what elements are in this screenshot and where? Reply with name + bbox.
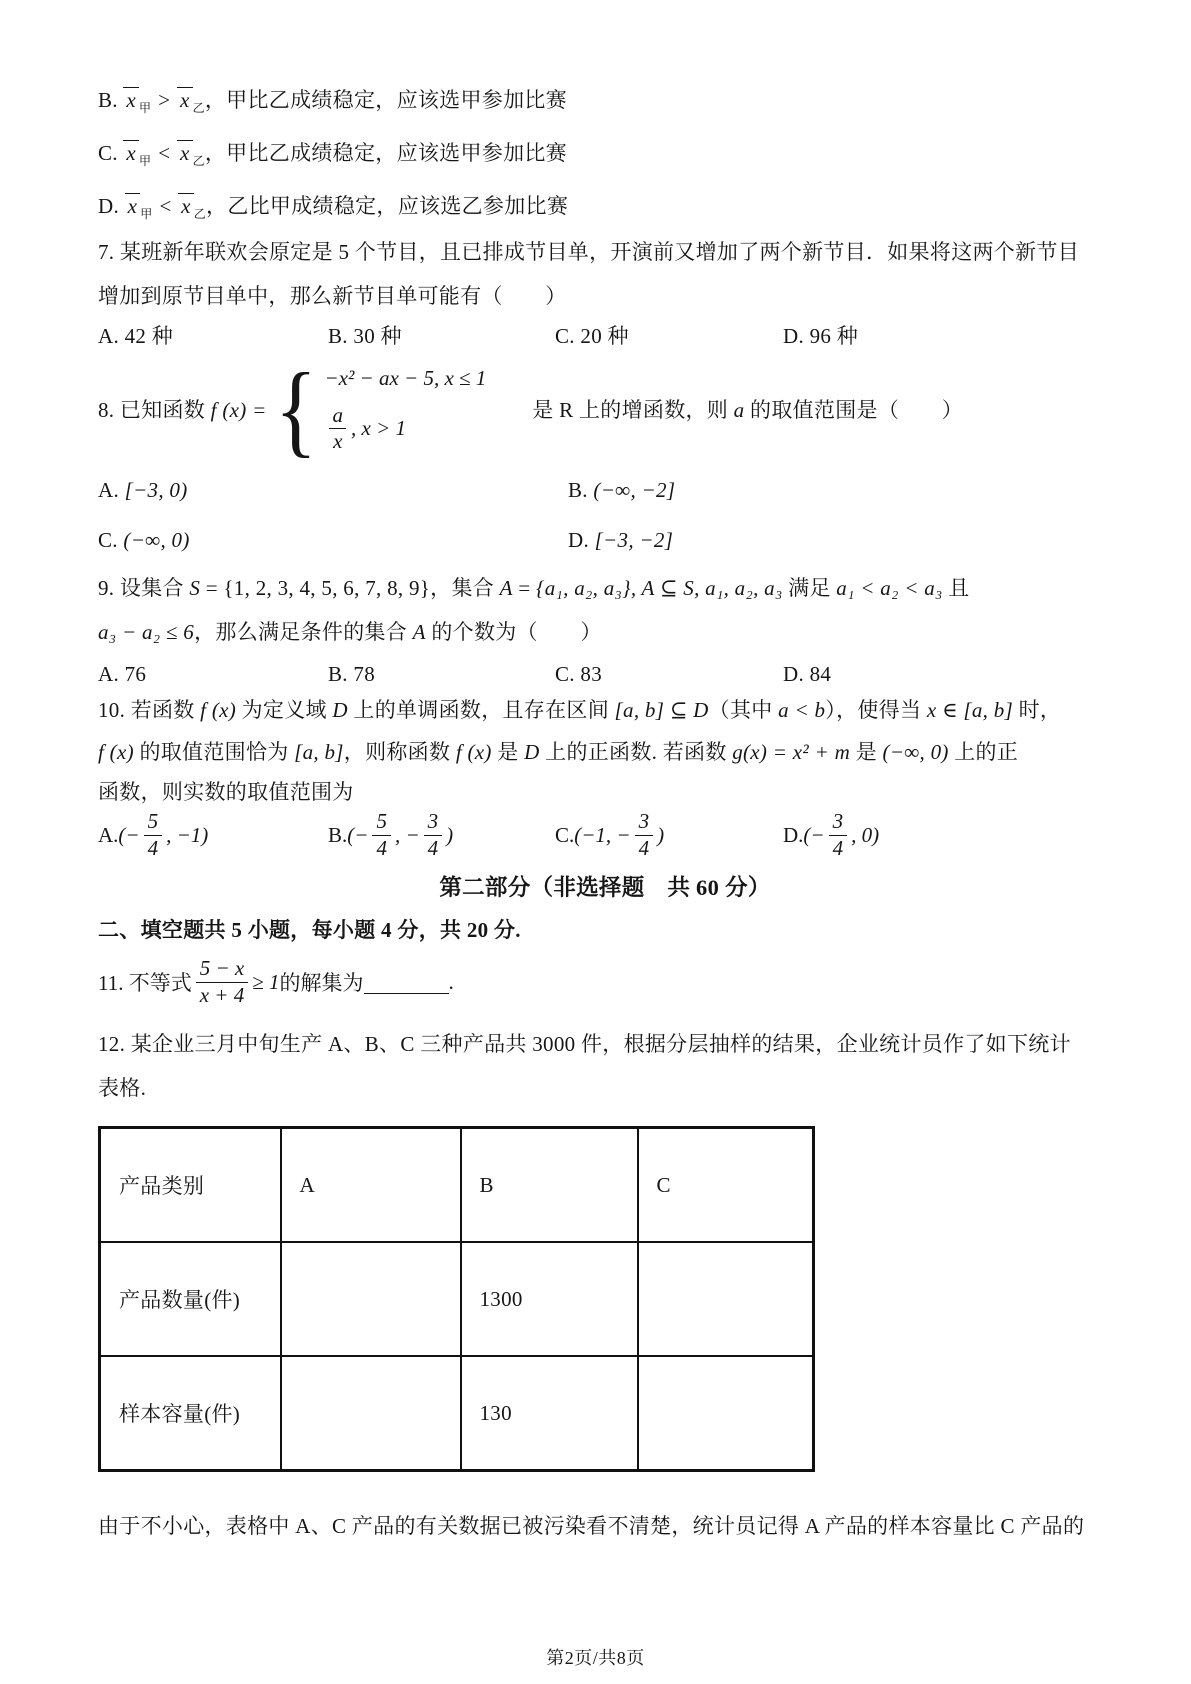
text-run: 时， (1013, 698, 1061, 722)
question-8-case-1: −x² − ax − 5, x ≤ 1 (325, 366, 487, 391)
variable-subscript: 甲 (139, 154, 151, 168)
text-run: 是 (492, 740, 524, 764)
math-run: [a, b] (294, 740, 344, 764)
fraction-denominator: 4 (635, 835, 654, 861)
question-10-option-c: C. (−1, −34) (555, 810, 783, 860)
text-run: B. (98, 88, 123, 112)
question-8-option-c: C. (−∞, 0) (98, 524, 568, 556)
question-7-line-1: 7. 某班新年联欢会原定是 5 个节目，且已排成节目单，开演前又增加了两个新节目… (98, 236, 1112, 268)
x-bar-variable: x乙 (178, 194, 206, 218)
answer-blank (364, 971, 449, 994)
text-run: = {1, 2, 3, 4, 5, 6, 7, 8, 9}，集合 (200, 576, 499, 600)
math-run: A (500, 576, 513, 600)
math-run: (− (118, 823, 139, 848)
text-run: A. (98, 478, 125, 502)
question-6-option-b: B. x甲 > x乙，甲比乙成绩稳定，应该选甲参加比赛 (98, 84, 1112, 116)
table-header-product-a: A (281, 1128, 461, 1243)
fraction-denominator: 4 (829, 835, 848, 861)
question-8-case-2: ax, x > 1 (325, 404, 487, 454)
math-run: > (151, 88, 177, 112)
fraction-denominator: 4 (424, 835, 443, 861)
fraction-denominator: x + 4 (196, 982, 249, 1008)
math-run: , 0) (851, 823, 879, 848)
text-run: 的解集为 (280, 967, 364, 997)
table-header-product-category: 产品类别 (100, 1128, 281, 1243)
overline-base: x (178, 193, 194, 217)
math-run: S (189, 576, 200, 600)
text-run: . (449, 970, 454, 995)
question-10-option-d: D. (−34, 0) (783, 810, 1112, 860)
math-run: −x² − ax − 5, x ≤ 1 (325, 366, 487, 390)
fraction-numerator: 5 (372, 810, 391, 835)
math-run: a < b (778, 698, 825, 722)
question-10-options: A. (−54, −1) B. (−54, −34) C. (−1, −34) … (98, 810, 1112, 860)
question-9-option-c: C. 83 (555, 658, 783, 690)
fraction-denominator: 4 (144, 835, 163, 861)
math-run: x ∈ [a, b] (927, 698, 1013, 722)
math-run: (−1, − (574, 823, 630, 848)
question-9-option-a: A. 76 (98, 658, 328, 690)
question-9-line-1: 9. 设集合 S = {1, 2, 3, 4, 5, 6, 7, 8, 9}，集… (98, 572, 1112, 604)
text-run: ），使得当 (825, 698, 927, 722)
table-cell-quantity-label: 产品数量(件) (100, 1242, 281, 1356)
text-run: 的取值范围是（ ） (744, 398, 963, 422)
question-10-option-b: B. (−54, −34) (328, 810, 555, 860)
x-bar-variable: x甲 (123, 141, 151, 165)
text-run: 上的单调函数，且存在区间 (348, 698, 615, 722)
overline-base: x (123, 140, 139, 164)
fraction: 34 (829, 810, 848, 860)
overline-base: x (177, 87, 193, 111)
math-run: (− (347, 823, 368, 848)
product-table: 产品类别 A B C 产品数量(件) 1300 样本容量(件) 130 (98, 1126, 815, 1472)
fraction-numerator: 3 (635, 810, 654, 835)
math-run: g(x) = x² + m (732, 740, 850, 764)
question-7-option-b: B. 30 种 (328, 320, 555, 352)
text-run: 是 (850, 740, 882, 764)
math-run: , − (395, 823, 420, 848)
text-run: B. (568, 478, 593, 502)
question-9-line-2: a₃ − a₂ ≤ 6，那么满足条件的集合 A 的个数为（ ） (98, 616, 1112, 648)
fraction: 5 − xx + 4 (196, 957, 249, 1007)
math-run: a₁ < a₂ < a₃ (836, 576, 942, 600)
question-8-cases: −x² − ax − 5, x ≤ 1 ax, x > 1 (325, 366, 487, 453)
question-8-option-d: D. [−3, −2] (568, 524, 1112, 556)
text-run: ，甲比乙成绩稳定，应该选甲参加比赛 (205, 88, 567, 112)
table-cell-quantity-c (638, 1242, 814, 1356)
fraction: ax (329, 404, 348, 454)
text-run: D. (98, 194, 125, 218)
question-7-option-d: D. 96 种 (783, 320, 1112, 352)
question-12-line-2: 表格. (98, 1072, 1112, 1104)
text-run: ，甲比乙成绩稳定，应该选甲参加比赛 (205, 141, 567, 165)
text-run: 8. 已知函数 (98, 398, 211, 422)
math-run: (−∞, 0) (882, 740, 948, 764)
text-run: 的取值范围恰为 (134, 740, 294, 764)
question-7-option-c: C. 20 种 (555, 320, 783, 352)
fraction: 54 (372, 810, 391, 860)
text-run: 满足 (783, 576, 837, 600)
part-2-header: 第二部分（非选择题 共 60 分） (98, 872, 1112, 904)
question-12-after-table: 由于不小心，表格中 A、C 产品的有关数据已被污染看不清楚，统计员记得 A 产品… (98, 1510, 1112, 1542)
question-7-options: A. 42 种 B. 30 种 C. 20 种 D. 96 种 (98, 320, 1112, 352)
table-cell-quantity-a (281, 1242, 461, 1356)
math-run: a₃ − a₂ ≤ 6 (98, 620, 194, 644)
text-run: C. (98, 141, 123, 165)
table-cell-sample-c (638, 1356, 814, 1471)
fraction-numerator: 5 (144, 810, 163, 835)
question-8-option-b: B. (−∞, −2] (568, 474, 1112, 506)
fraction-denominator: 4 (372, 835, 391, 861)
text-run: 是 R 上的增函数，则 (532, 398, 733, 422)
fraction-numerator: 3 (829, 810, 848, 835)
text-run: ，则称函数 (344, 740, 456, 764)
text-run: C. (555, 823, 574, 848)
question-8-statement: 8. 已知函数 f (x) = { −x² − ax − 5, x ≤ 1 ax… (98, 362, 1112, 458)
math-run: f (x) (200, 698, 236, 722)
math-run: , x > 1 (351, 416, 406, 441)
fraction: 54 (144, 810, 163, 860)
x-bar-variable: x乙 (177, 141, 205, 165)
text-run: B. (328, 823, 347, 848)
variable-subscript: 乙 (194, 207, 206, 221)
question-6-option-d: D. x甲 < x乙，乙比甲成绩稳定，应该选乙参加比赛 (98, 190, 1112, 222)
x-bar-variable: x乙 (177, 88, 205, 112)
table-cell-sample-label: 样本容量(件) (100, 1356, 281, 1471)
math-run: {a₁, a₂, a₃}, A ⊆ S, a₁, a₂, a₃ (536, 576, 783, 600)
question-6-option-c: C. x甲 < x乙，甲比乙成绩稳定，应该选甲参加比赛 (98, 137, 1112, 169)
question-10-line-2: f (x) 的取值范围恰为 [a, b]，则称函数 f (x) 是 D 上的正函… (98, 736, 1112, 768)
variable-subscript: 乙 (193, 101, 205, 115)
math-run: (−∞, −2] (593, 478, 675, 502)
question-7-line-2: 增加到原节目单中，那么新节目单可能有（ ） (98, 280, 1112, 312)
text-run: （其中 (709, 698, 778, 722)
text-run: 11. 不等式 (98, 967, 192, 997)
question-8-head: 8. 已知函数 f (x) = (98, 394, 267, 426)
math-run: ) (657, 823, 664, 848)
question-11: 11. 不等式 5 − xx + 4 ≥ 1 的解集为. (98, 952, 1112, 1012)
fraction-numerator: 3 (424, 810, 443, 835)
question-7-option-a: A. 42 种 (98, 320, 328, 352)
question-9-options: A. 76 B. 78 C. 83 D. 84 (98, 658, 1112, 690)
text-run: 上的正函数. 若函数 (540, 740, 733, 764)
question-9-option-d: D. 84 (783, 658, 1112, 690)
math-run: (−∞, 0) (123, 528, 189, 552)
table-header-product-c: C (638, 1128, 814, 1243)
text-run: ，那么满足条件的集合 (194, 620, 413, 644)
question-8-options-row-1: A. [−3, 0) B. (−∞, −2] (98, 474, 1112, 506)
question-8-option-a: A. [−3, 0) (98, 474, 568, 506)
math-run: f (x) = (211, 398, 267, 422)
math-run: D (524, 740, 539, 764)
overline-base: x (123, 87, 139, 111)
x-bar-variable: x甲 (123, 88, 151, 112)
overline-base: x (177, 140, 193, 164)
math-run: A (413, 620, 426, 644)
table-cell-sample-b: 130 (461, 1356, 638, 1471)
math-run: < (153, 194, 179, 218)
fraction-numerator: a (329, 404, 348, 429)
brace-icon: { (274, 362, 316, 458)
fraction-denominator: x (329, 428, 346, 454)
text-run: A. (98, 823, 118, 848)
math-run: [−3, 0) (125, 478, 188, 502)
variable-subscript: 乙 (193, 154, 205, 168)
table-header-product-b: B (461, 1128, 638, 1243)
section-2-title: 二、填空题共 5 小题，每小题 4 分，共 20 分. (98, 914, 1112, 946)
math-run: D (332, 698, 347, 722)
question-8-tail: 是 R 上的增函数，则 a 的取值范围是（ ） (532, 394, 963, 426)
question-8-options-row-2: C. (−∞, 0) D. [−3, −2] (98, 524, 1112, 556)
overline-base: x (125, 193, 141, 217)
question-9-option-b: B. 78 (328, 658, 555, 690)
math-run: [−3, −2] (595, 528, 674, 552)
text-run: 为定义域 (236, 698, 332, 722)
text-run: D. (568, 528, 595, 552)
table-cell-sample-a (281, 1356, 461, 1471)
math-run: , −1) (166, 823, 208, 848)
exam-page: B. x甲 > x乙，甲比乙成绩稳定，应该选甲参加比赛 C. x甲 < x乙，甲… (0, 0, 1191, 1684)
fraction-numerator: 5 − x (196, 957, 249, 982)
text-run: 且 (943, 576, 970, 600)
fraction: 34 (424, 810, 443, 860)
fraction: 34 (635, 810, 654, 860)
variable-subscript: 甲 (139, 101, 151, 115)
variable-subscript: 甲 (140, 207, 152, 221)
table-row-sample: 样本容量(件) 130 (100, 1356, 814, 1471)
question-12-line-1: 12. 某企业三月中旬生产 A、B、C 三种产品共 3000 件，根据分层抽样的… (98, 1028, 1112, 1060)
math-run: ) (446, 823, 453, 848)
text-run: 的个数为（ ） (426, 620, 602, 644)
question-10-option-a: A. (−54, −1) (98, 810, 328, 860)
text-run: 9. 设集合 (98, 576, 189, 600)
math-run: ≥ 1 (252, 970, 279, 995)
math-run: a (734, 398, 745, 422)
math-run: f (x) (456, 740, 492, 764)
math-run: (− (803, 823, 824, 848)
table-row-header: 产品类别 A B C (100, 1128, 814, 1243)
text-run: = (513, 576, 536, 600)
text-run: 上的正 (949, 740, 1018, 764)
math-run: f (x) (98, 740, 134, 764)
exam-content: B. x甲 > x乙，甲比乙成绩稳定，应该选甲参加比赛 C. x甲 < x乙，甲… (98, 84, 1112, 1542)
text-run: D. (783, 823, 803, 848)
table-row-quantity: 产品数量(件) 1300 (100, 1242, 814, 1356)
page-footer: 第2页/共8页 (0, 1644, 1191, 1670)
text-run: 10. 若函数 (98, 698, 200, 722)
table-cell-quantity-b: 1300 (461, 1242, 638, 1356)
question-10-line-1: 10. 若函数 f (x) 为定义域 D 上的单调函数，且存在区间 [a, b]… (98, 694, 1112, 726)
math-run: [a, b] ⊆ D (615, 698, 709, 722)
text-run: C. (98, 528, 123, 552)
text-run: ，乙比甲成绩稳定，应该选乙参加比赛 (206, 194, 568, 218)
question-10-line-3: 函数，则实数的取值范围为 (98, 776, 1112, 808)
x-bar-variable: x甲 (125, 194, 153, 218)
math-run: < (151, 141, 177, 165)
